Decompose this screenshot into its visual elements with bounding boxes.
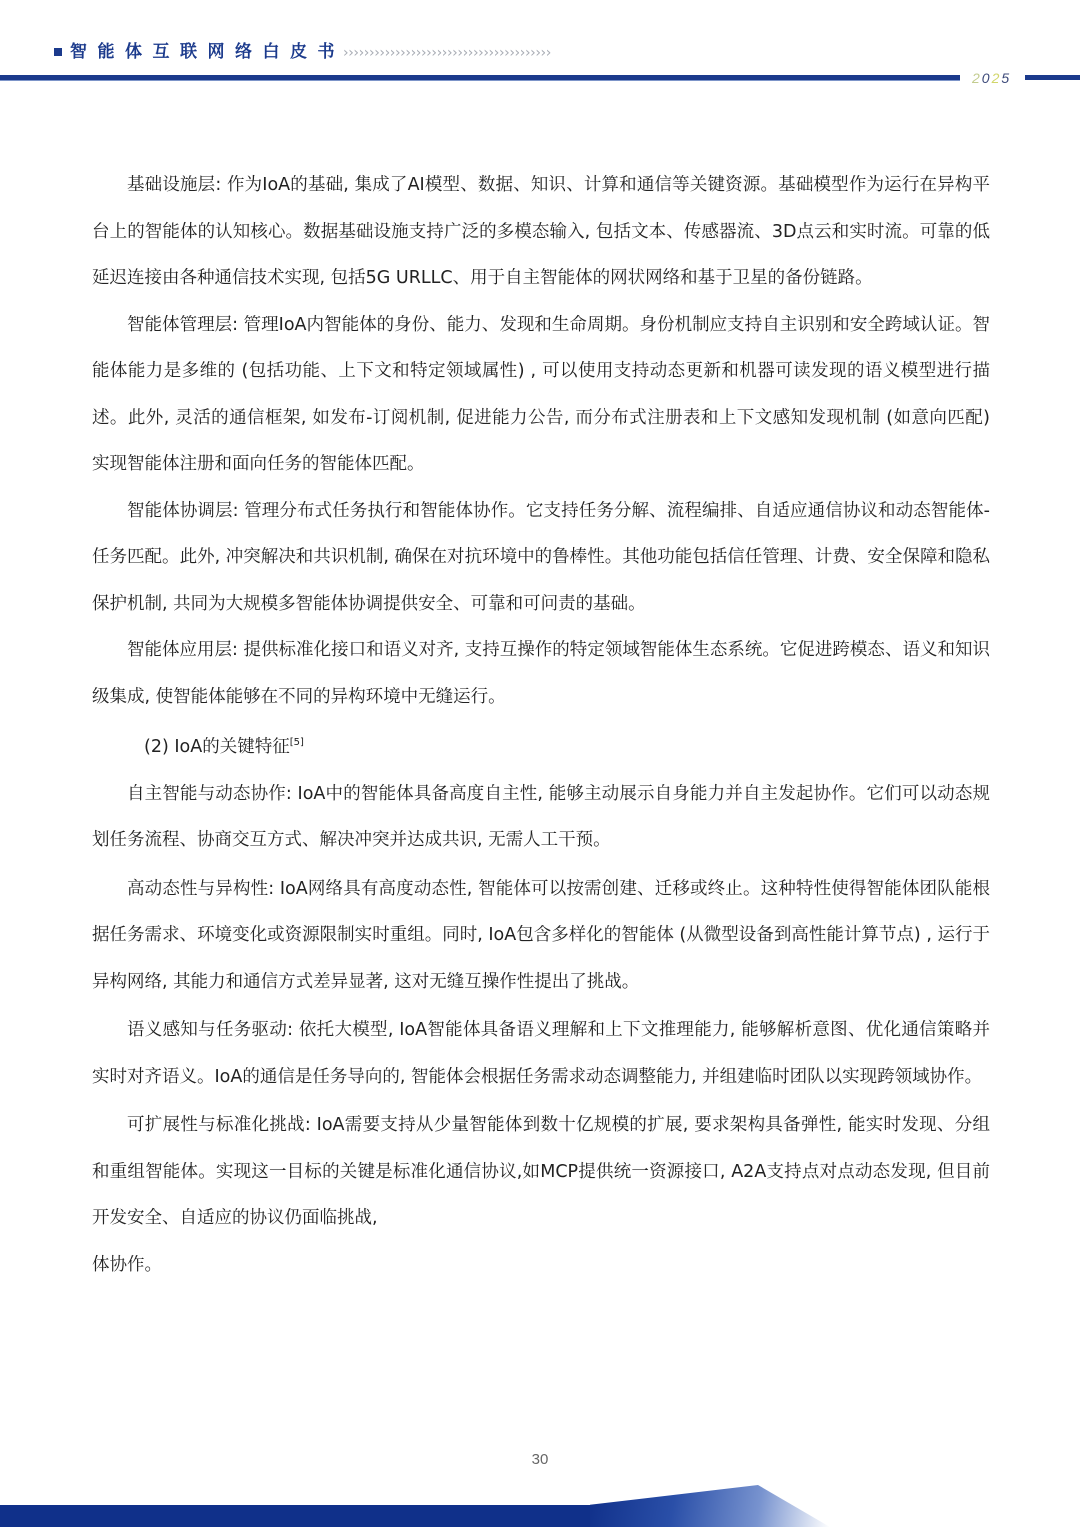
paragraph-semantic-task-driven: 语义感知与任务驱动: 依托大模型, IoA智能体具备语义理解和上下文推理能力, … (92, 1007, 990, 1100)
page-header: 智能体互联网络白皮书 ›››››››››››››››››››››››››››››… (0, 0, 1080, 100)
paragraph-infrastructure-layer: 基础设施层: 作为IoA的基础, 集成了AI模型、数据、知识、计算和通信等关键资… (92, 162, 990, 302)
header-bullet-icon (54, 48, 62, 56)
header-rule-right (1025, 75, 1080, 80)
year-label: 2025 (972, 69, 1011, 87)
section-heading: (2) IoA的关键特征[5] (92, 720, 990, 771)
document-title: 智能体互联网络白皮书 (70, 40, 345, 64)
paragraph-agent-application-layer: 智能体应用层: 提供标准化接口和语义对齐, 支持互操作的特定领域智能体生态系统。… (92, 627, 990, 720)
paragraph-scalability: 可扩展性与标准化挑战: IoA需要支持从少量智能体到数十亿规模的扩展, 要求架构… (92, 1102, 990, 1242)
footer-bar-gradient (590, 1485, 830, 1527)
paragraph-agent-coordination-layer: 智能体协调层: 管理分布式任务执行和智能体协作。它支持任务分解、流程编排、自适应… (92, 488, 990, 628)
paragraph-autonomy: 自主智能与动态协作: IoA中的智能体具备高度自主性, 能够主动展示自身能力并自… (92, 771, 990, 864)
paragraph-agent-management-layer: 智能体管理层: 管理IoA内智能体的身份、能力、发现和生命周期。身份机制应支持自… (92, 302, 990, 488)
footer-bar-solid (0, 1505, 600, 1527)
header-rule (0, 75, 960, 81)
body-content: 基础设施层: 作为IoA的基础, 集成了AI模型、数据、知识、计算和通信等关键资… (92, 162, 990, 1288)
trailing-fragment: 体协作。 (92, 1242, 990, 1289)
page-number: 30 (0, 1451, 1080, 1468)
citation-ref[interactable]: [5] (290, 737, 304, 748)
chevron-decoration-icon: ›››››››››››››››››››››››››››››››››››››››› (343, 42, 551, 64)
footer-bar (0, 1505, 1080, 1527)
paragraph-dynamics-heterogeneity: 高动态性与异构性: IoA网络具有高度动态性, 智能体可以按需创建、迁移或终止。… (92, 866, 990, 1006)
